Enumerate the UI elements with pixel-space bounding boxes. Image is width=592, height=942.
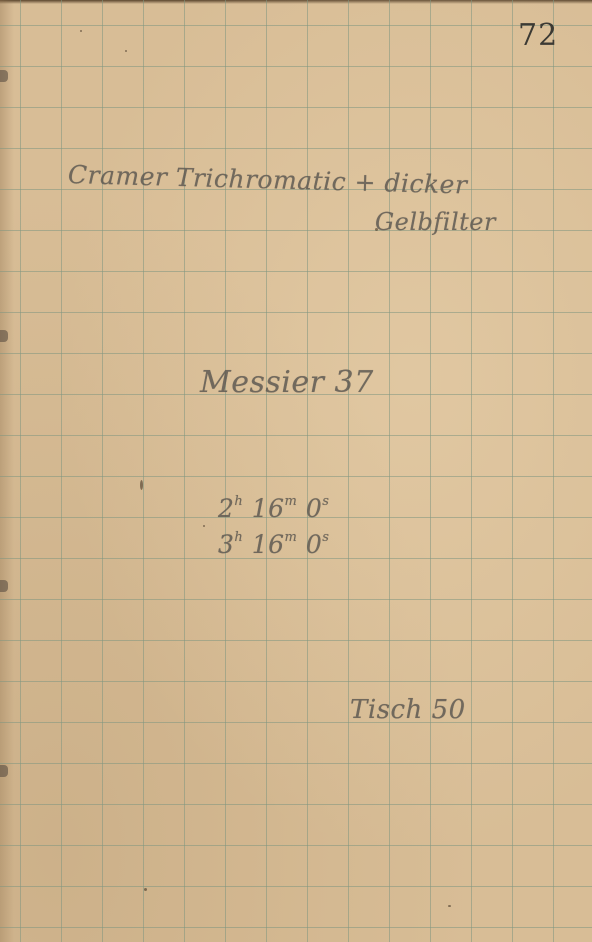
minutes-value: 16: [252, 494, 285, 523]
minutes-unit: m: [285, 494, 298, 509]
exposure-time-2: 3h 16m 0s: [218, 530, 329, 559]
binding-hole-mark: [0, 765, 8, 777]
page-number: 72: [518, 18, 558, 53]
seconds-value: 0: [306, 494, 322, 523]
binding-hole-mark: [0, 330, 8, 342]
binding-hole-mark: [0, 580, 8, 592]
exposure-time-1: 2h 16m 0s: [218, 494, 329, 523]
paper-speck: [144, 888, 147, 891]
footer-note: Tisch 50: [350, 695, 466, 725]
seconds-value: 0: [306, 530, 322, 559]
hours-value: 2: [218, 494, 234, 523]
minutes-value: 16: [252, 530, 285, 559]
object-title: Messier 37: [200, 365, 374, 400]
paper-speck: [80, 30, 82, 32]
paper-speck: [448, 905, 451, 907]
note-filter-line: Cramer Trichromatic + dicker: [68, 160, 468, 199]
pencil-mark: [140, 480, 143, 490]
graph-paper-grid: [0, 0, 592, 942]
minutes-unit: m: [285, 530, 298, 545]
note-filter-line-continued: Gelbfilter: [375, 208, 496, 236]
hours-unit: h: [234, 494, 243, 509]
paper-speck: [203, 525, 205, 527]
paper-speck: [125, 50, 127, 52]
notebook-page: 72 Cramer Trichromatic + dicker Gelbfilt…: [0, 0, 592, 942]
hours-unit: h: [234, 530, 243, 545]
seconds-unit: s: [322, 530, 329, 545]
hours-value: 3: [218, 530, 234, 559]
binding-hole-mark: [0, 70, 8, 82]
seconds-unit: s: [322, 494, 329, 509]
